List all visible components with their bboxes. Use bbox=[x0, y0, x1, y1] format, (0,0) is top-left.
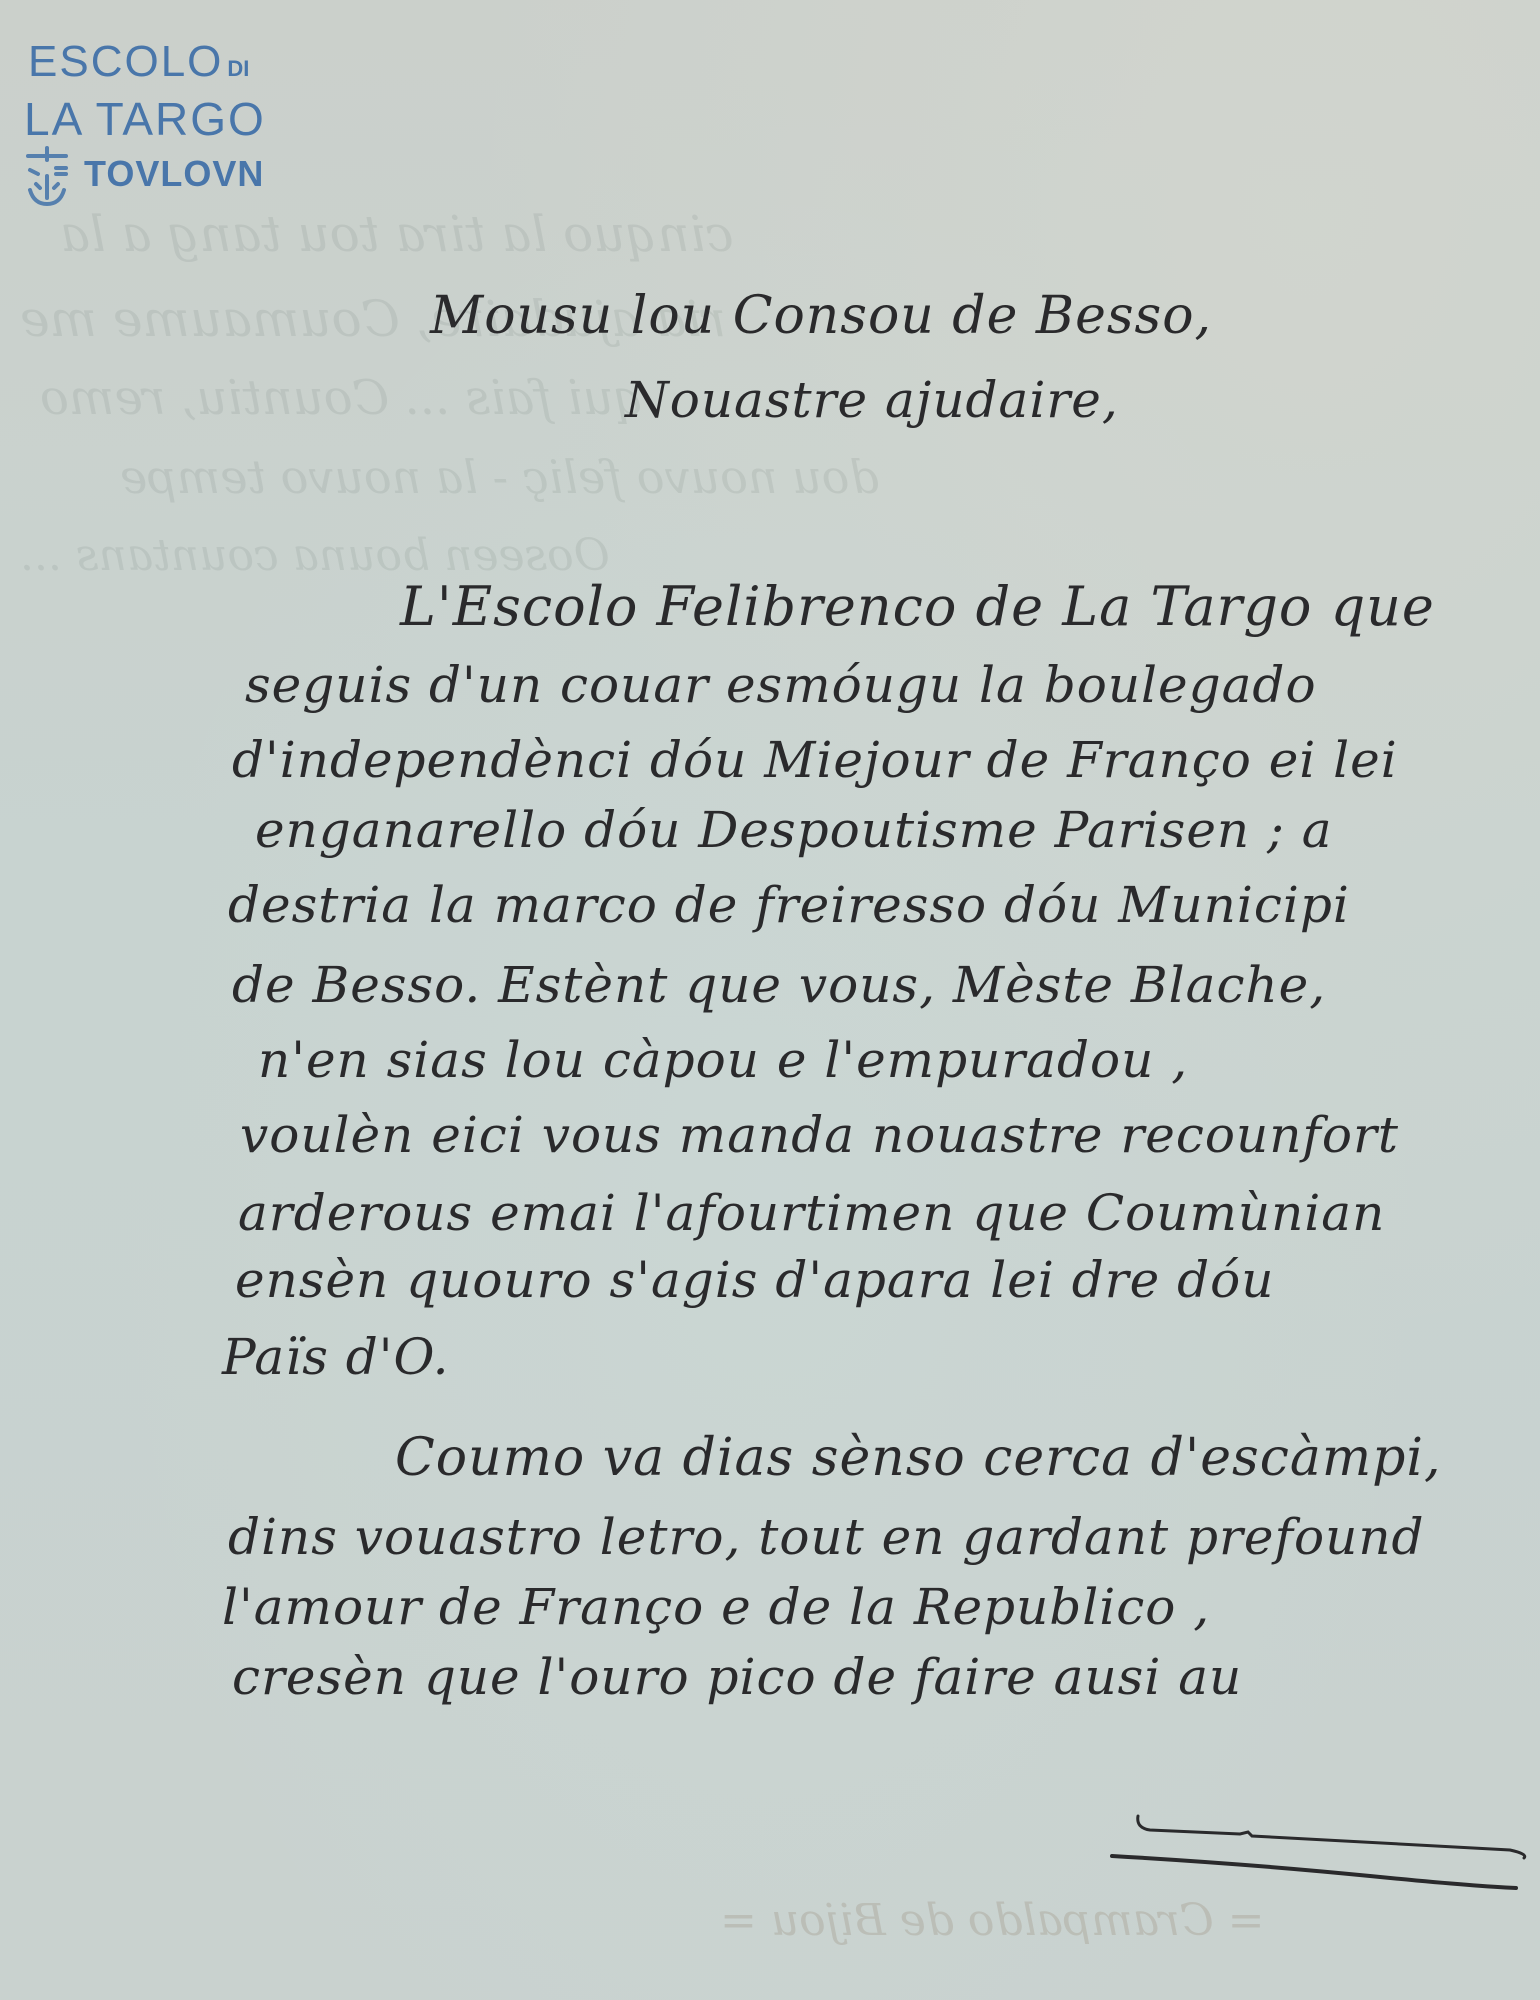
ghost-text-line: dou nouvo feliç - la nouvo tempe bbox=[120, 450, 879, 504]
stamp-line-3: TOVLOVN bbox=[84, 156, 264, 192]
body-line: d'independènci dóu Miejour de Franço ei … bbox=[232, 735, 1398, 785]
body-line: voulèn eici vous manda nouastre recounfo… bbox=[240, 1110, 1399, 1160]
salutation-line-2: Nouastre ajudaire, bbox=[625, 375, 1119, 425]
letter-page: cinquo la tira tou tang a la ria ajudair… bbox=[0, 0, 1540, 2000]
body-line: L'Escolo Felibrenco de La Targo que bbox=[400, 580, 1435, 634]
body-line: enganarello dóu Despoutisme Parisen ; a bbox=[255, 805, 1333, 855]
body-line: destria la marco de freiresso dóu Munici… bbox=[228, 880, 1350, 930]
stamp-line-2: LA TARGO bbox=[24, 96, 266, 142]
ghost-text-line: qui fais ... Countiu, remo bbox=[40, 370, 644, 426]
body-line: dins vouastro letro, tout en gardant pre… bbox=[228, 1512, 1425, 1562]
salutation-line-1: Mousu lou Consou de Besso, bbox=[430, 290, 1212, 342]
body-line: n'en sias lou càpou e l'empuradou , bbox=[258, 1035, 1188, 1085]
ghost-text-line: cinquo la tira tou tang a la bbox=[60, 205, 734, 263]
body-line: arderous emai l'afourtimen que Coumùnian bbox=[238, 1188, 1385, 1238]
body-line: seguis d'un couar esmóugu la boulegado bbox=[245, 660, 1317, 710]
ghost-signature: = Crampaldo de Bijou = bbox=[720, 1895, 1265, 1946]
anchor-cross-icon bbox=[24, 146, 70, 208]
body-line: Païs d'O. bbox=[222, 1332, 449, 1382]
body-line: de Besso. Estènt que vous, Mèste Blache, bbox=[232, 960, 1326, 1010]
stamp-line-1: ESCOLODI bbox=[28, 40, 249, 84]
body-line: l'amour de Franço e de la Republico , bbox=[222, 1582, 1210, 1632]
double-underline-flourish-icon bbox=[1110, 1810, 1530, 1900]
body-line: Coumo va dias sènso cerca d'escàmpi, bbox=[395, 1432, 1442, 1484]
stamp-word-escolo: ESCOLO bbox=[28, 37, 223, 86]
ghost-text-line: Ooseen bouna countans ... bbox=[20, 530, 610, 581]
body-line: cresèn que l'ouro pico de faire ausi au bbox=[232, 1652, 1242, 1702]
stamp-word-di: DI bbox=[227, 56, 249, 81]
body-line: ensèn quouro s'agis d'apara lei dre dóu bbox=[235, 1255, 1274, 1305]
